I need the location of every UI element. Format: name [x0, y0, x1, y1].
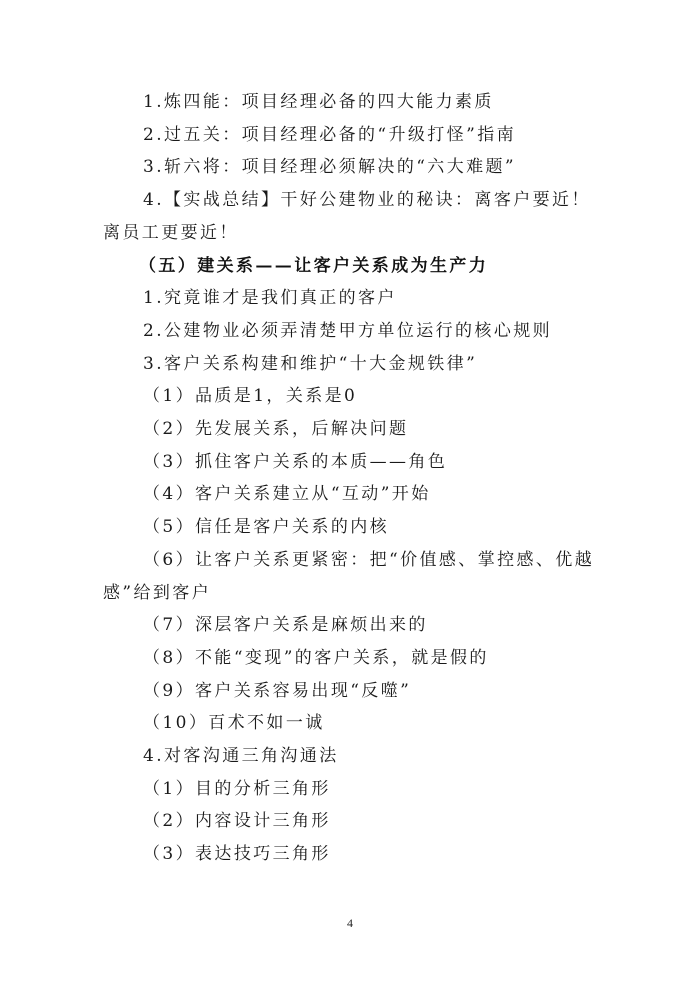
document-body: 1.炼四能：项目经理必备的四大能力素质 2.过五关：项目经理必备的“升级打怪”指…	[103, 86, 595, 871]
list-item-zhan-liu-jiang: 3.斩六将：项目经理必须解决的“六大难题”	[103, 151, 595, 184]
list-item-core-rules: 2.公建物业必须弄清楚甲方单位运行的核心规则	[103, 315, 595, 348]
sub-item-2: （2）先发展关系，后解决问题	[103, 413, 595, 446]
list-item-triangle-method: 4.对客沟通三角沟通法	[103, 740, 595, 773]
sub-item-3: （3）抓住客户关系的本质——角色	[103, 446, 595, 479]
sub-item-10: （10）百术不如一诚	[103, 707, 595, 740]
sub-item-content-triangle: （2）内容设计三角形	[103, 805, 595, 838]
sub-item-5: （5）信任是客户关系的内核	[103, 511, 595, 544]
section-heading-build-relations: （五）建关系——让客户关系成为生产力	[103, 250, 595, 283]
sub-item-1: （1）品质是1，关系是0	[103, 380, 595, 413]
sub-item-4: （4）客户关系建立从“互动”开始	[103, 478, 595, 511]
page-number: 4	[0, 916, 700, 931]
sub-item-9: （9）客户关系容易出现“反噬”	[103, 675, 595, 708]
list-item-practical-summary: 4.【实战总结】干好公建物业的秘诀：离客户要近！离员工更要近！	[103, 184, 595, 249]
list-item-ten-rules: 3.客户关系构建和维护“十大金规铁律”	[103, 348, 595, 381]
sub-item-7: （7）深层客户关系是麻烦出来的	[103, 609, 595, 642]
list-item-lian-si-neng: 1.炼四能：项目经理必备的四大能力素质	[103, 86, 595, 119]
list-item-real-customer: 1.究竟谁才是我们真正的客户	[103, 282, 595, 315]
sub-item-6: （6）让客户关系更紧密：把“价值感、掌控感、优越感”给到客户	[103, 544, 595, 609]
sub-item-expression-triangle: （3）表达技巧三角形	[103, 838, 595, 871]
sub-item-purpose-triangle: （1）目的分析三角形	[103, 773, 595, 806]
list-item-guo-wu-guan: 2.过五关：项目经理必备的“升级打怪”指南	[103, 119, 595, 152]
sub-item-8: （8）不能“变现”的客户关系，就是假的	[103, 642, 595, 675]
